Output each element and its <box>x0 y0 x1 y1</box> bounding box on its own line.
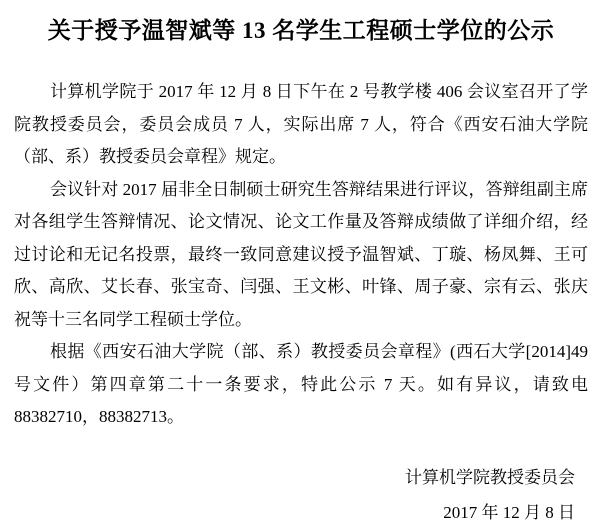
paragraph-meeting-info: 计算机学院于 2017 年 12 月 8 日下午在 2 号教学楼 406 会议室… <box>14 76 588 174</box>
paragraph-publicity-notice: 根据《西安石油大学院（部、系）教授委员会章程》(西石大学[2014]49 号文件… <box>14 336 588 434</box>
signature-block: 计算机学院教授委员会 2017 年 12 月 8 日 <box>14 460 588 525</box>
paragraph-review-result: 会议针对 2017 届非全日制硕士研究生答辩结果进行评议，答辩组副主席对各组学生… <box>14 174 588 337</box>
announcement-title: 关于授予温智斌等 13 名学生工程硕士学位的公示 <box>14 14 588 48</box>
announcement-document: 关于授予温智斌等 13 名学生工程硕士学位的公示 计算机学院于 2017 年 1… <box>0 0 600 525</box>
signature-date: 2017 年 12 月 8 日 <box>14 495 575 525</box>
signature-org: 计算机学院教授委员会 <box>14 460 575 495</box>
